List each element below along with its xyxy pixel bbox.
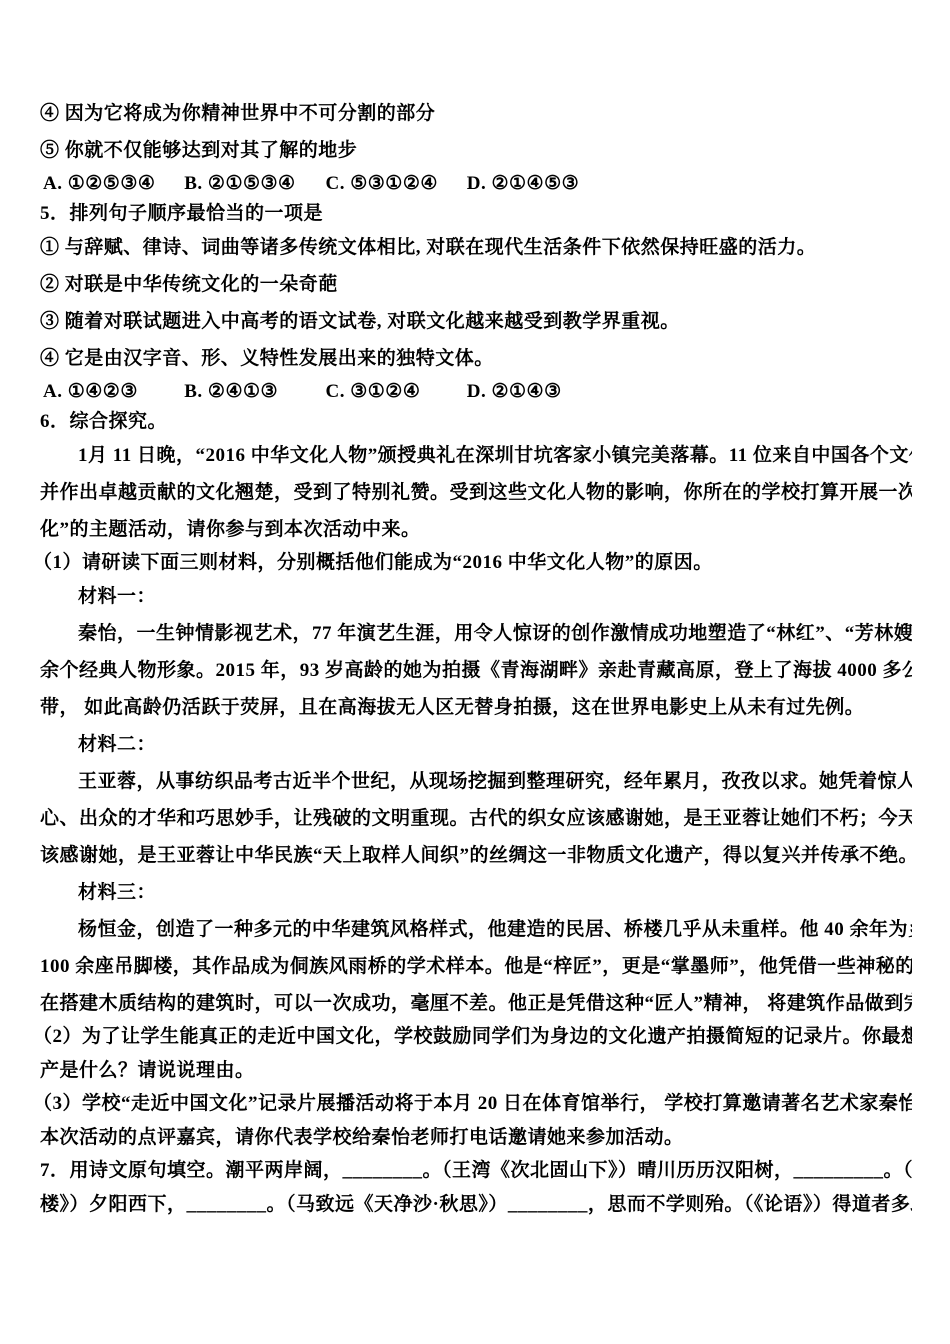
q4-option-b: B. ②①⑤③④ (184, 169, 320, 199)
q6-part2-line-1: （2）为了让学生能真正的走近中国文化，学校鼓励同学们为身边的文化遗产拍摄简短的记… (33, 1022, 912, 1052)
q6-material1-line-1: 秦怡，一生钟情影视艺术，77 年演艺生涯，用令人惊讶的创作激情成功地塑造了“林红… (40, 615, 912, 652)
q6-material1-line-2: 余个经典人物形象。2015 年，93 岁高龄的她为拍摄《青海湖畔》亲赴青藏高原，… (40, 652, 912, 689)
q6-material3-line-3: 在搭建木质结构的建筑时，可以一次成功，毫厘不差。他正是凭借这种“匠人”精神， 将… (40, 985, 912, 1022)
q4-item-5: ⑤ 你就不仅能够达到对其了解的地步 (40, 132, 912, 169)
q6-material1-line-3: 带， 如此高龄仍活跃于荧屏，且在高海拔无人区无替身拍摄，这在世界电影史上从未有过… (40, 689, 912, 726)
q5-item-2: ② 对联是中华传统文化的一朵奇葩 (40, 266, 912, 303)
q6-part3-line-2: 本次活动的点评嘉宾，请你代表学校给秦怡老师打电话邀请她来参加活动。 (40, 1119, 912, 1156)
q6-material1-label: 材料一： (40, 578, 912, 615)
q5-item-1: ① 与辞赋、律诗、词曲等诸多传统文体相比, 对联在现代生活条件下依然保持旺盛的活… (40, 229, 912, 266)
q5-options-row: A. ①④②③ B. ②④①③ C. ③①②④ D. ②①④③ (40, 377, 912, 407)
q5-stem: 5．排列句子顺序最恰当的一项是 (40, 199, 912, 229)
q6-part3-line-1: （3）学校“走近中国文化”记录片展播活动将于本月 20 日在体育馆举行， 学校打… (33, 1089, 912, 1119)
q7-line-2: 楼》）夕阳西下，________。（马致远《天净沙·秋思》）________，思… (40, 1186, 912, 1223)
q6-material2-line-3: 该感谢她，是王亚蓉让中华民族“天上取样人间织”的丝绸这一非物质文化遗产，得以复兴… (40, 837, 912, 874)
q4-option-d: D. ②①④⑤③ (467, 169, 579, 199)
q4-option-c: C. ⑤③①②④ (326, 169, 462, 199)
q7-line-1: 7．用诗文原句填空。潮平两岸阔，________。（王湾《次北固山下》）晴川历历… (40, 1156, 912, 1186)
q5-option-b: B. ②④①③ (184, 377, 320, 407)
q6-intro-line-2: 并作出卓越贡献的文化翘楚，受到了特别礼赞。受到这些文化人物的影响，你所在的学校打… (40, 474, 912, 511)
q6-material2-line-1: 王亚蓉，从事纺织品考古近半个世纪，从现场挖掘到整理研究，经年累月，孜孜以求。她凭… (40, 763, 912, 800)
q5-option-c: C. ③①②④ (326, 377, 462, 407)
q6-material2-label: 材料二： (40, 726, 912, 763)
q6-material3-line-1: 杨恒金，创造了一种多元的中华建筑风格样式，他建造的民居、桥楼几乎从未重样。他 4… (40, 911, 912, 948)
q6-intro-line-1: 1月 11 日晚，“2016 中华文化人物”颁授典礼在深圳甘坑客家小镇完美落幕。… (40, 437, 912, 474)
q6-intro-line-3: 化”的主题活动，请你参与到本次活动中来。 (40, 511, 912, 548)
q6-stem: 6．综合探究。 (40, 407, 912, 437)
q5-option-d: D. ②①④③ (467, 377, 562, 407)
q4-item-4: ④ 因为它将成为你精神世界中不可分割的部分 (40, 95, 912, 132)
q5-item-3: ③ 随着对联试题进入中高考的语文试卷, 对联文化越来越受到教学界重视。 (40, 303, 912, 340)
q4-option-a: A. ①②⑤③④ (43, 169, 179, 199)
q6-part2-line-2: 产是什么？请说说理由。 (40, 1052, 912, 1089)
q6-part1: （1）请研读下面三则材料，分别概括他们能成为“2016 中华文化人物”的原因。 (33, 548, 912, 578)
q5-option-a: A. ①④②③ (43, 377, 179, 407)
q6-material3-label: 材料三： (40, 874, 912, 911)
q6-material3-line-2: 100 余座吊脚楼，其作品成为侗族风雨桥的学术样本。他是“梓匠”，更是“掌墨师”… (40, 948, 912, 985)
q5-item-4: ④ 它是由汉字音、形、义特性发展出来的独特文体。 (40, 340, 912, 377)
exam-page: ④ 因为它将成为你精神世界中不可分割的部分 ⑤ 你就不仅能够达到对其了解的地步 … (0, 0, 950, 1344)
q6-material2-line-2: 心、出众的才华和巧思妙手，让残破的文明重现。古代的织女应该感谢她，是王亚蓉让她们… (40, 800, 912, 837)
q4-options-row: A. ①②⑤③④ B. ②①⑤③④ C. ⑤③①②④ D. ②①④⑤③ (40, 169, 912, 199)
